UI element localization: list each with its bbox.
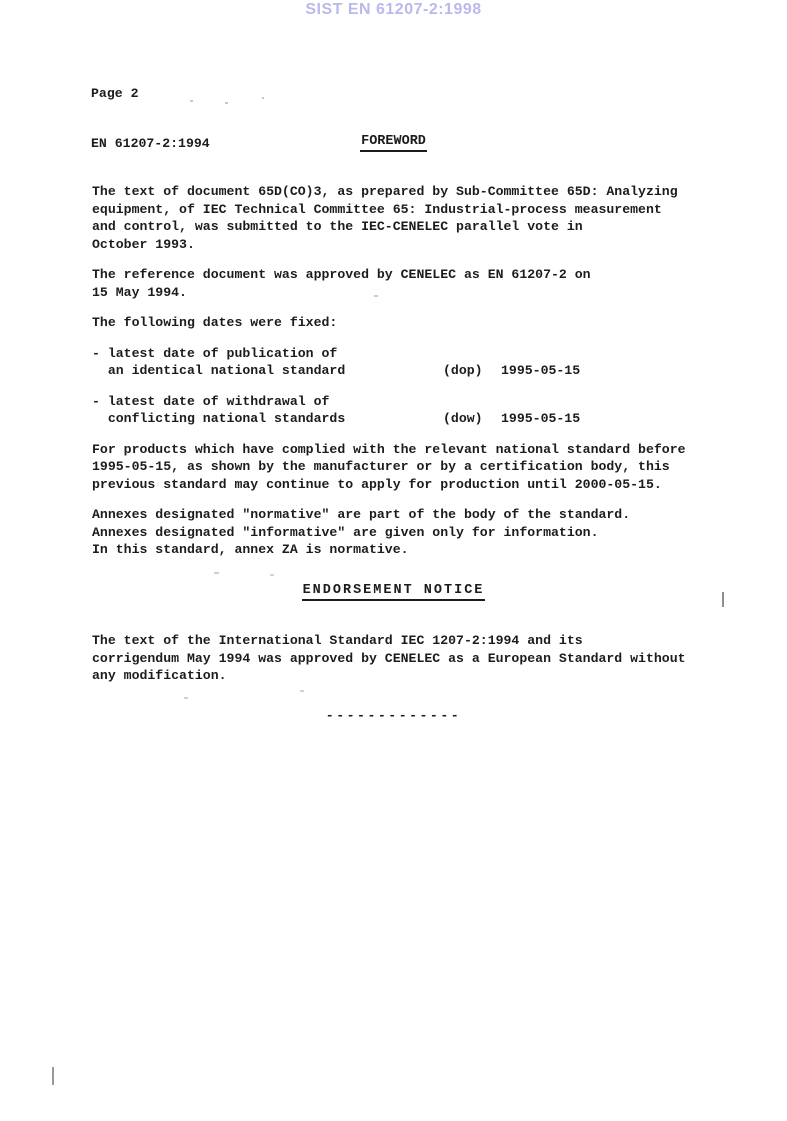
paragraph-annexes: Annexes designated "normative" are part …	[92, 506, 686, 559]
scan-speck	[262, 97, 264, 99]
paragraph-dates-intro: The following dates were fixed:	[92, 314, 686, 332]
date-item-dop-date: 1995-05-15	[501, 362, 580, 380]
date-item-dop-label: - latest date of publication of an ident…	[92, 345, 443, 380]
scan-speck	[190, 100, 193, 102]
date-item-dop-code: (dop)	[443, 362, 501, 380]
date-item-dow-code: (dow)	[443, 410, 501, 428]
scan-speck	[300, 690, 304, 692]
scan-speck	[214, 572, 219, 574]
date-item-dow-label: - latest date of withdrawal of conflicti…	[92, 393, 443, 428]
date-item-dow-date: 1995-05-15	[501, 410, 580, 428]
page-header: Page 2 EN 61207-2:1994	[91, 53, 210, 185]
foreword-heading: FOREWORD	[0, 134, 787, 152]
paragraph-transition-period: For products which have complied with th…	[92, 441, 686, 494]
paragraph-endorsement: The text of the International Standard I…	[92, 632, 686, 685]
endorsement-heading-text: ENDORSEMENT NOTICE	[302, 583, 486, 601]
foreword-heading-text: FOREWORD	[360, 134, 427, 152]
scan-speck	[184, 697, 188, 699]
scan-speck	[374, 295, 378, 297]
date-item-dop: - latest date of publication of an ident…	[92, 345, 686, 380]
scan-artifact-right	[722, 592, 724, 607]
foreword-body: The text of document 65D(CO)3, as prepar…	[92, 183, 686, 559]
document-page: SIST EN 61207-2:1998 Page 2 EN 61207-2:1…	[0, 0, 787, 1121]
date-item-dow: - latest date of withdrawal of conflicti…	[92, 393, 686, 428]
scan-speck	[225, 102, 228, 104]
end-of-text-separator: -------------	[0, 708, 787, 723]
paragraph-document-preparation: The text of document 65D(CO)3, as prepar…	[92, 183, 686, 253]
endorsement-heading: ENDORSEMENT NOTICE	[0, 583, 787, 601]
scan-speck	[270, 574, 274, 576]
paragraph-approval: The reference document was approved by C…	[92, 266, 686, 301]
endorsement-body: The text of the International Standard I…	[92, 632, 686, 685]
scan-watermark-header: SIST EN 61207-2:1998	[0, 1, 787, 19]
scan-artifact-left	[52, 1067, 54, 1085]
